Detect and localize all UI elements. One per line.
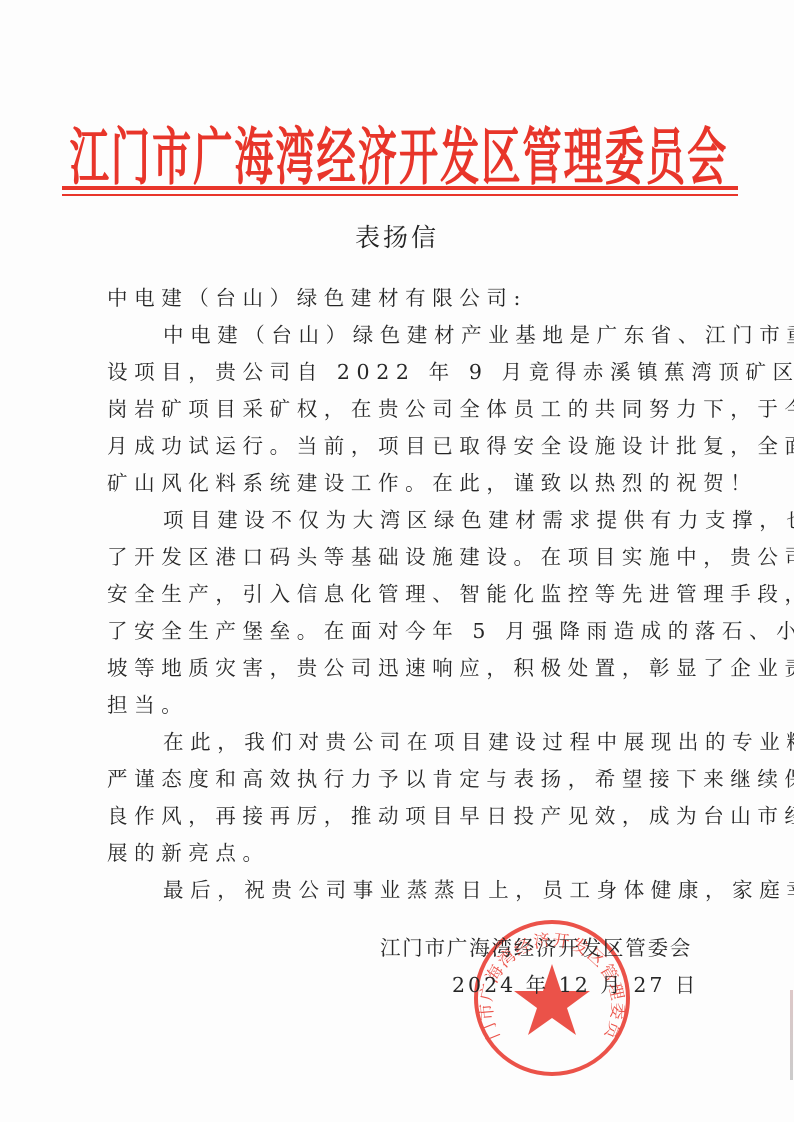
paragraph-1-line-1: 中电建（台山）绿色建材产业基地是广东省、江门市重点建 (107, 317, 699, 354)
signature-date: 2024 年 12 月 27 日 (380, 967, 710, 1004)
letterhead-title: 江门市广海湾经济开发区管理委员会 (58, 104, 740, 213)
paragraph-2-line-5: 坡等地质灾害，贵公司迅速响应，积极处置，彰显了企业责任与 (107, 650, 699, 687)
document-title: 表扬信 (0, 218, 794, 254)
letterhead-rule-thick (62, 186, 738, 190)
paragraph-2-line-2: 了开发区港口码头等基础设施建设。在项目实施中，贵公司重视 (107, 539, 699, 576)
paragraph-3-line-2: 严谨态度和高效执行力予以肯定与表扬，希望接下来继续保持优 (107, 761, 699, 798)
paragraph-3-line-1: 在此，我们对贵公司在项目建设过程中展现出的专业精神、 (107, 724, 699, 761)
paragraph-1-line-4: 月成功试运行。当前，项目已取得安全设施设计批复，全面启动 (107, 428, 699, 465)
paragraph-3-line-3: 良作风，再接再厉，推动项目早日投产见效，成为台山市经济发 (107, 798, 699, 835)
paragraph-2-line-3: 安全生产，引入信息化管理、智能化监控等先进管理手段，筑牢 (107, 576, 699, 613)
paragraph-1-line-2: 设项目，贵公司自 2022 年 9 月竟得赤溪镇蕉湾顶矿区建筑用花 (107, 354, 699, 391)
letterhead-rule-thin (62, 194, 738, 196)
signature-block: 江门市广海湾经济开发区管委会 2024 年 12 月 27 日 (380, 930, 710, 1004)
scan-edge-mark (790, 990, 793, 1080)
salutation: 中电建（台山）绿色建材有限公司: (107, 280, 699, 317)
signature-organization: 江门市广海湾经济开发区管委会 (380, 930, 710, 967)
paragraph-1-line-5: 矿山风化料系统建设工作。在此，谨致以热烈的祝贺！ (107, 465, 699, 502)
letter-body: 中电建（台山）绿色建材有限公司: 中电建（台山）绿色建材产业基地是广东省、江门市… (107, 280, 699, 909)
paragraph-2-line-4: 了安全生产堡垒。在面对今年 5 月强降雨造成的落石、小面积滑 (107, 613, 699, 650)
paragraph-2-line-6: 担当。 (107, 687, 699, 724)
paragraph-2-line-1: 项目建设不仅为大湾区绿色建材需求提供有力支撑，也推动 (107, 502, 699, 539)
paragraph-3-line-4: 展的新亮点。 (107, 835, 699, 872)
paragraph-1-line-3: 岗岩矿项目采矿权，在贵公司全体员工的共同努力下，于今年 6 (107, 391, 699, 428)
closing-line: 最后，祝贵公司事业蒸蒸日上，员工身体健康，家庭幸福！ (107, 872, 699, 909)
letterhead-organization: 江门市广海湾经济开发区管理委员会 (70, 104, 729, 213)
